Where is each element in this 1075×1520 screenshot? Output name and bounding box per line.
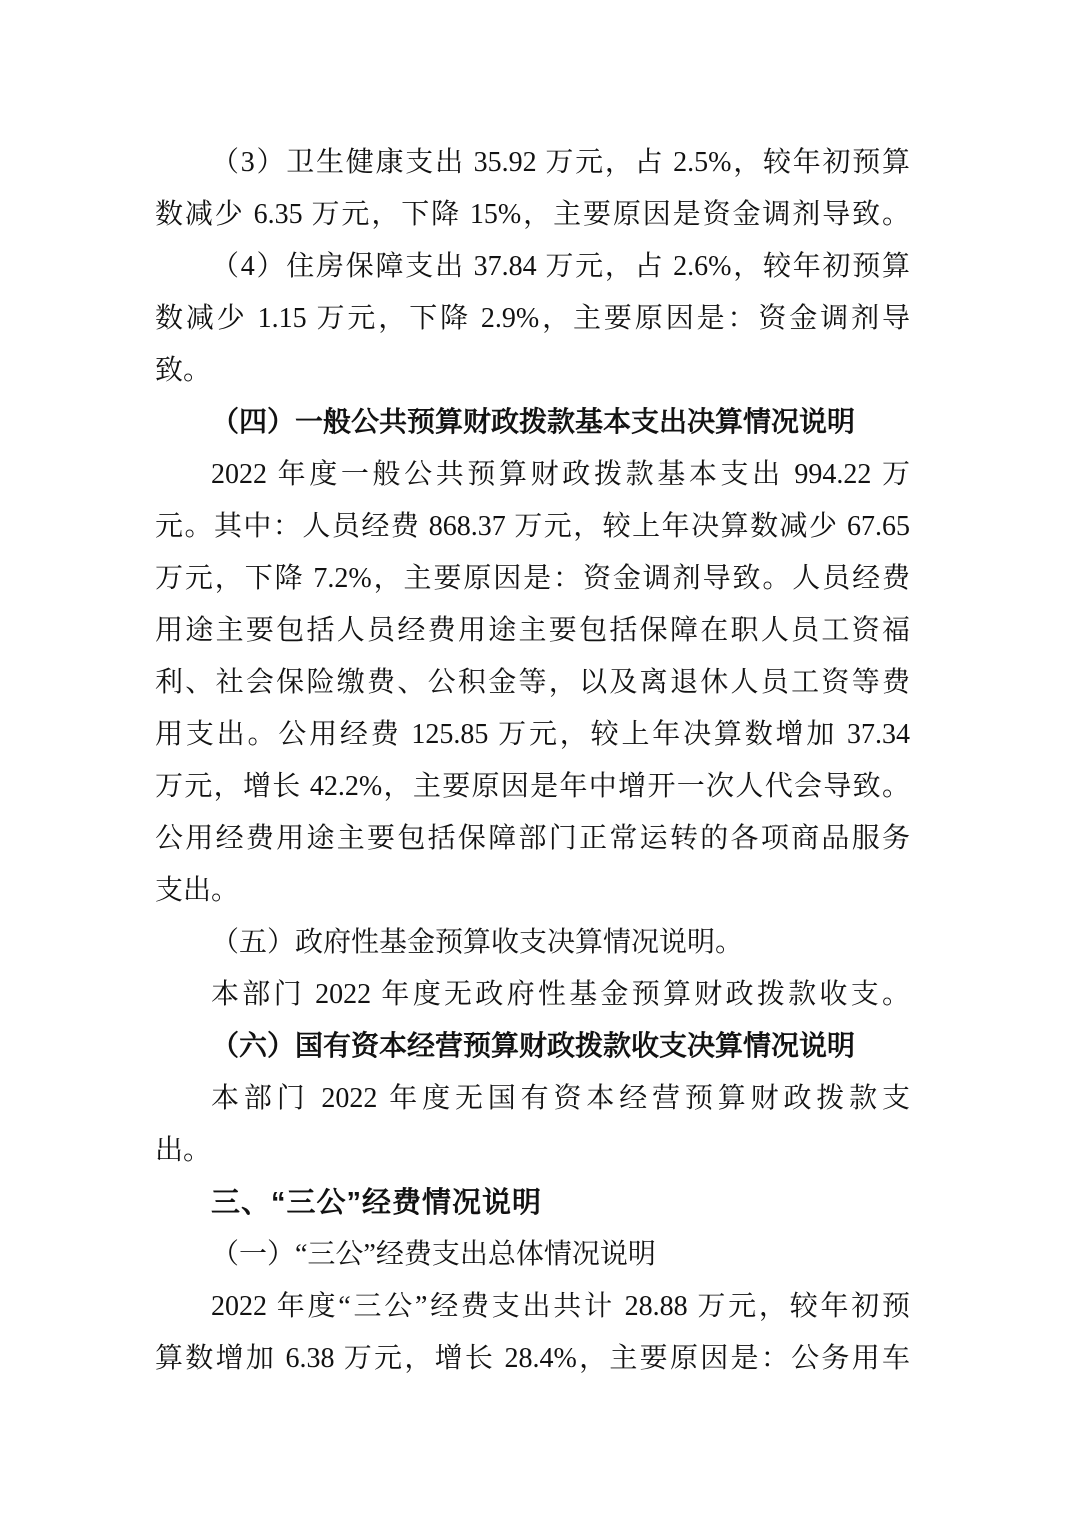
section-heading: （五）政府性基金预算收支决算情况说明。 [155, 917, 910, 969]
document-page: （3）卫生健康支出 35.92 万元，占 2.5%，较年初预算数减少 6.35 … [0, 0, 1075, 1520]
section-heading: （六）国有资本经营预算财政拨款收支决算情况说明 [155, 1021, 910, 1073]
text-line: （3）卫生健康支出 35.92 万元，占 2.5%，较年初预算 [155, 137, 910, 189]
text-line: 公用经费用途主要包括保障部门正常运转的各项商品服务 [155, 813, 910, 865]
text-line: 致。 [155, 345, 910, 397]
text-line: 用途主要包括人员经费用途主要包括保障在职人员工资福 [155, 605, 910, 657]
text-line: 数减少 6.35 万元，下降 15%，主要原因是资金调剂导致。 [155, 189, 910, 241]
text-line: 算数增加 6.38 万元，增长 28.4%，主要原因是：公务用车 [155, 1333, 910, 1385]
text-line: 2022 年度“三公”经费支出共计 28.88 万元，较年初预 [155, 1281, 910, 1333]
text-line: 2022 年度一般公共预算财政拨款基本支出 994.22 万 [155, 449, 910, 501]
section-heading: （四）一般公共预算财政拨款基本支出决算情况说明 [155, 397, 910, 449]
text-line: 数减少 1.15 万元，下降 2.9%，主要原因是：资金调剂导 [155, 293, 910, 345]
text-line: （4）住房保障支出 37.84 万元，占 2.6%，较年初预算 [155, 241, 910, 293]
text-line: 出。 [155, 1125, 910, 1177]
text-line: 利、社会保险缴费、公积金等，以及离退休人员工资等费 [155, 657, 910, 709]
text-line: 用支出。公用经费 125.85 万元，较上年决算数增加 37.34 [155, 709, 910, 761]
section-heading: 三、“三公”经费情况说明 [155, 1177, 910, 1229]
text-line: 本部门 2022 年度无国有资本经营预算财政拨款支 [155, 1073, 910, 1125]
document-body: （3）卫生健康支出 35.92 万元，占 2.5%，较年初预算数减少 6.35 … [155, 137, 910, 1385]
text-line: 万元，下降 7.2%，主要原因是：资金调剂导致。人员经费 [155, 553, 910, 605]
text-line: 本部门 2022 年度无政府性基金预算财政拨款收支。 [155, 969, 910, 1021]
section-heading: （一）“三公”经费支出总体情况说明 [155, 1229, 910, 1281]
text-line: 支出。 [155, 865, 910, 917]
text-line: 万元，增长 42.2%，主要原因是年中增开一次人代会导致。 [155, 761, 910, 813]
text-line: 元。其中：人员经费 868.37 万元，较上年决算数减少 67.65 [155, 501, 910, 553]
